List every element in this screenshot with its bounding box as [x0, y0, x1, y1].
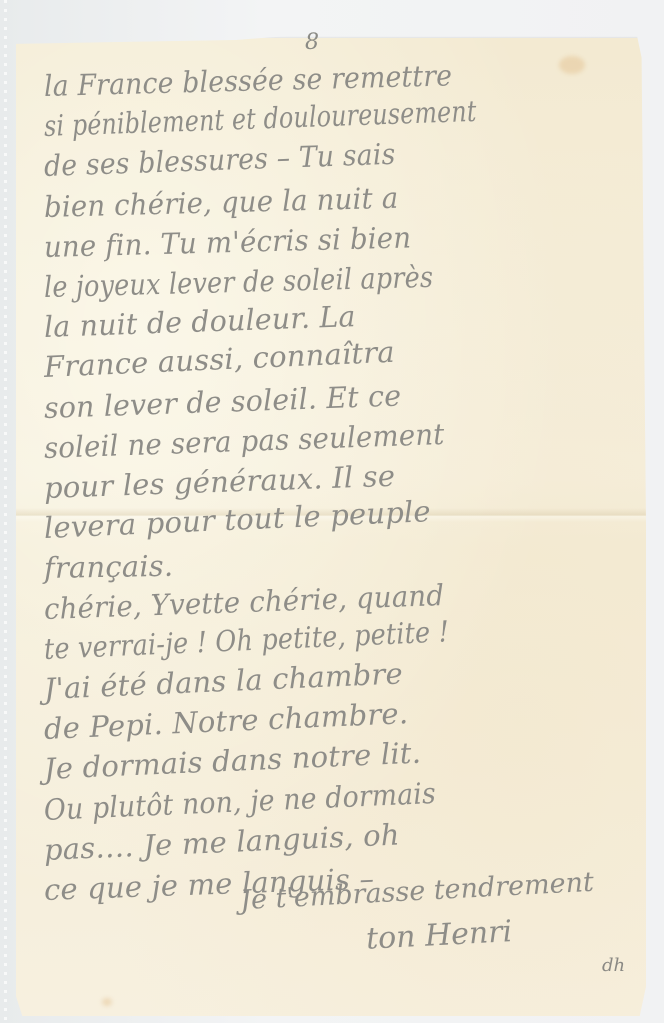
page-number: 8: [305, 30, 319, 55]
paper-stain: [102, 998, 112, 1006]
scanned-page: 8 la France blessée se remettre si pénib…: [0, 0, 664, 1023]
archival-initials: dh: [602, 955, 625, 976]
scanner-edge: [4, 0, 7, 1023]
letter-body: la France blessée se remettre si pénible…: [44, 66, 644, 910]
